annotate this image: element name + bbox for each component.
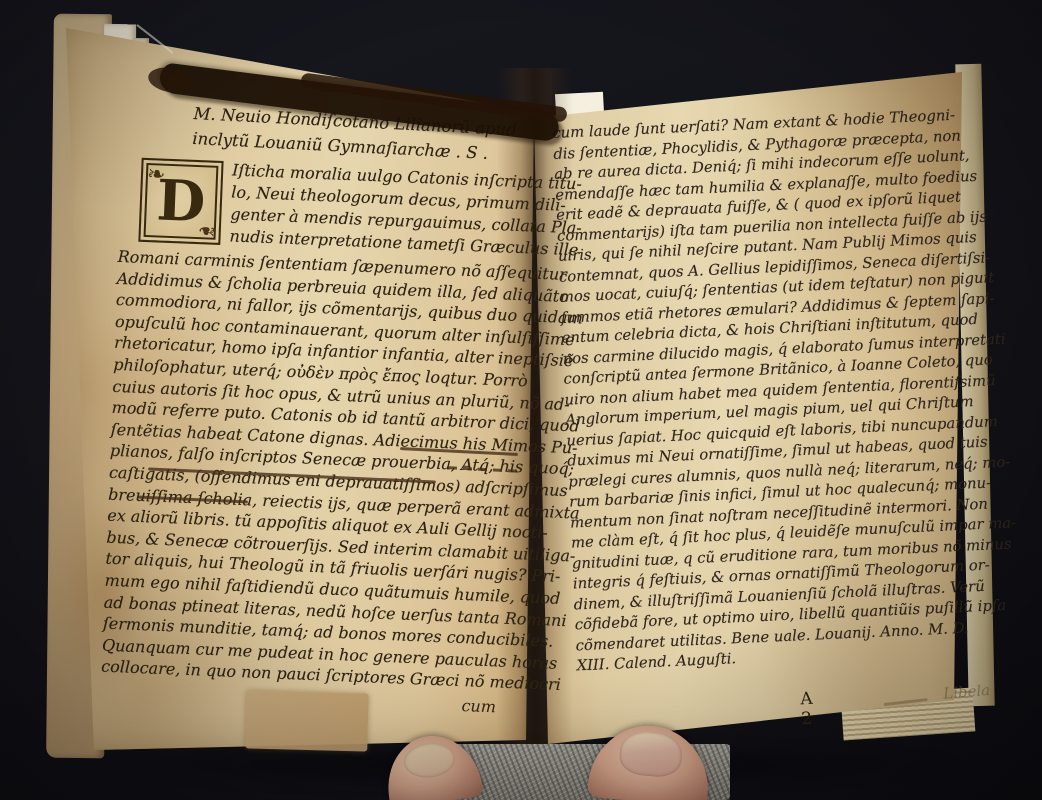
right-page-text: cum laude ſunt uerſati? Nam extant & hod…: [552, 105, 991, 739]
drop-cap-letter: D: [155, 167, 206, 235]
right-body-lines: cum laude ſunt uerſati? Nam extant & hod…: [552, 105, 989, 677]
woodcut-initial: D: [138, 158, 223, 245]
fingernail: [402, 740, 457, 780]
signature-mark: A 2: [800, 686, 869, 729]
left-page-text: M. Neuio Hondiſcotano Lilianorũ apudincl…: [100, 100, 548, 717]
fingernail: [618, 729, 684, 778]
book-photo: M. Neuio Hondiſcotano Lilianorũ apudincl…: [0, 0, 1042, 800]
faded-pen-stroke: [884, 698, 928, 706]
drop-cap-lines: Iſticha moralia uulgo Catonis inſcripta …: [229, 157, 584, 261]
drop-cap-row: D Iſticha moralia uulgo Catonis inſcript…: [138, 154, 545, 260]
faded-inscription: Libela: [943, 680, 991, 702]
